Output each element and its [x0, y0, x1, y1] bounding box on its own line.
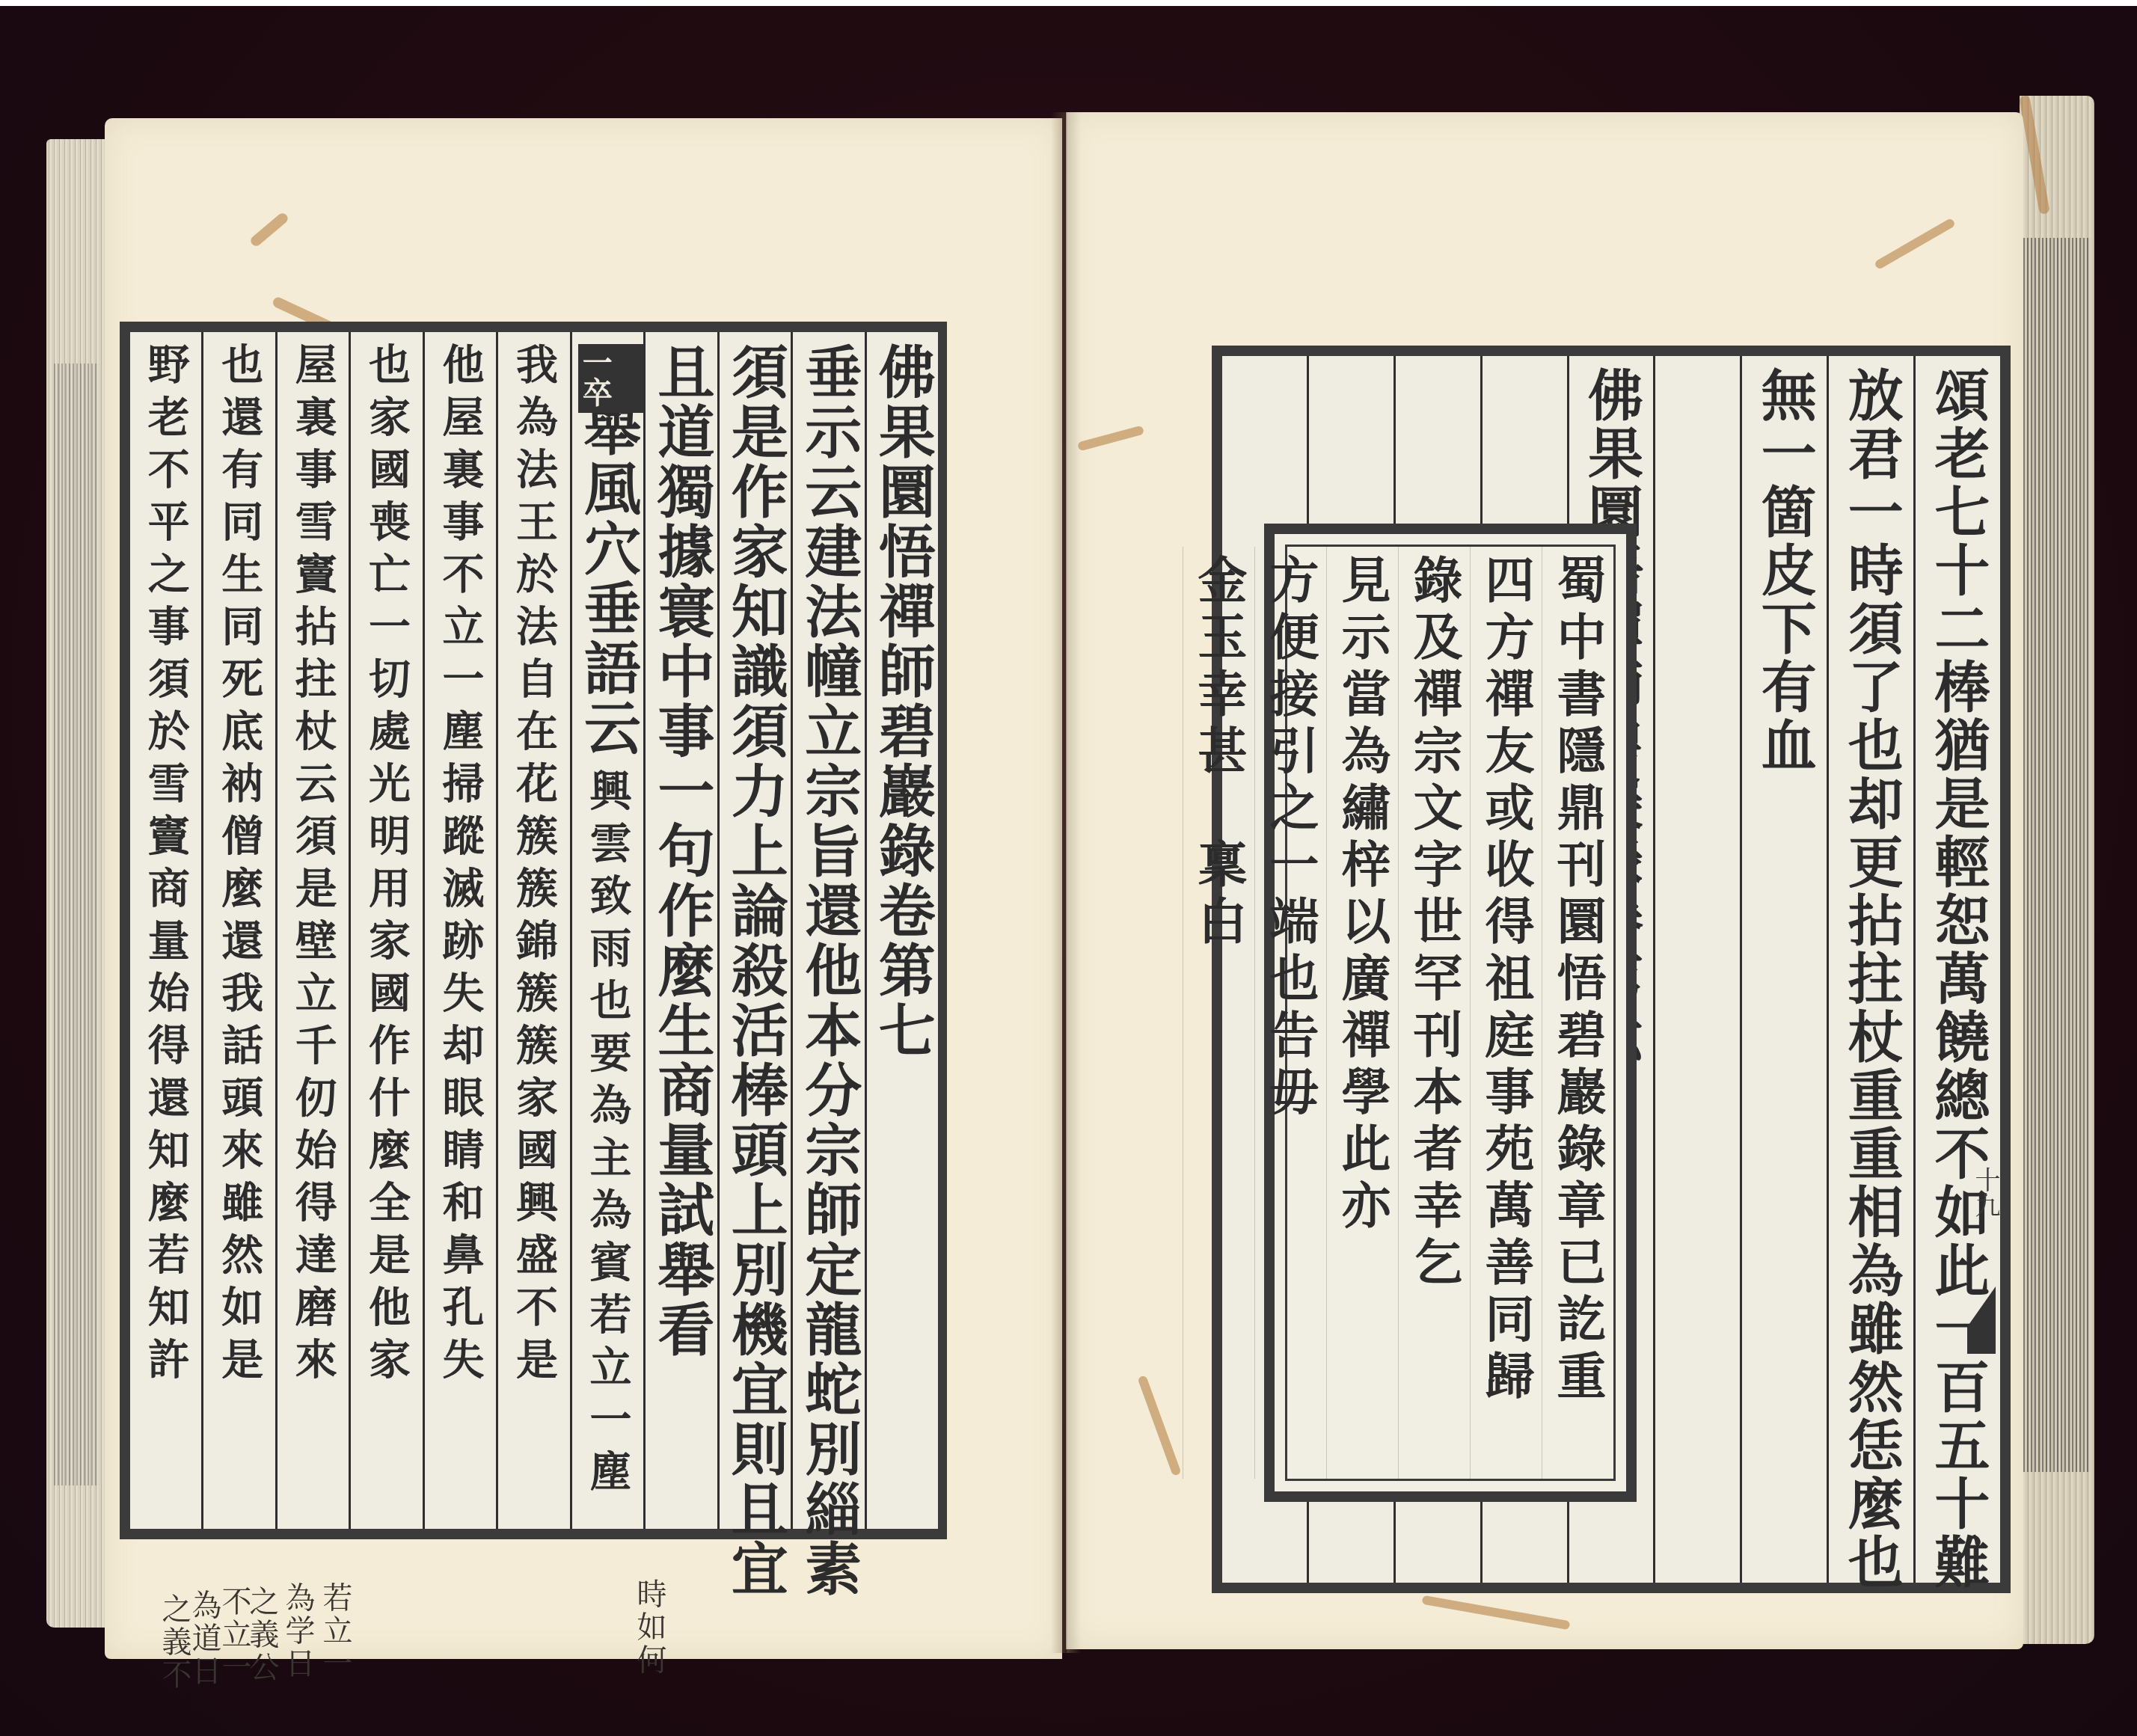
margin-note: 若立一	[314, 1582, 357, 1681]
colophon-column: 金玉幸甚 稟白	[1183, 547, 1254, 1479]
right-page-stack	[2020, 96, 2094, 1644]
verse-line: 頌老七十二棒猶是輕恕萬饒總不如此一百五十難	[1931, 366, 1986, 1592]
right-stack-ink-bleed	[2020, 238, 2091, 1472]
text-line: 他屋裏事不立一塵掃蹤滅跡失却眼睛和鼻孔失	[440, 343, 482, 1390]
left-page-stack	[46, 139, 106, 1628]
right-column: 放君一時須了也却更拈拄杖重重相為雖然恁麼也	[1827, 356, 1913, 1583]
colophon-inner-border: 蜀中書隱鼎刊圜悟碧巖錄章已訖重 四方禪友或收得祖庭事苑萬善同歸 錄及禪宗文字世罕…	[1285, 545, 1616, 1481]
colophon-box: 蜀中書隱鼎刊圜悟碧巖錄章已訖重 四方禪友或收得祖庭事苑萬善同歸 錄及禪宗文字世罕…	[1264, 524, 1637, 1502]
left-printed-frame: 佛果圜悟禪師碧巖錄卷第七 垂示云建法幢立宗旨還他本分宗師定龍蛇別緇素 須是作家知…	[120, 322, 947, 1539]
chapter-title: 佛果圜悟禪師碧巖錄卷第七	[874, 343, 930, 1061]
colophon-column: 蜀中書隱鼎刊圜悟碧巖錄章已訖重	[1542, 547, 1613, 1479]
verse-line: 放君一時須了也却更拈拄杖重重相為雖然恁麼也	[1844, 366, 1899, 1592]
left-columns: 佛果圜悟禪師碧巖錄卷第七 垂示云建法幢立宗旨還他本分宗師定龍蛇別緇素 須是作家知…	[130, 332, 938, 1529]
text-line: 我為法王於法自在花簇簇錦簇簇家國興盛	[513, 343, 555, 1285]
left-column: 須是作家知識須力上論殺活棒頭上別機宜則且宜	[717, 332, 791, 1529]
left-column: 屋裏事雪竇拈拄杖云須是壁立千仞始得達磨來	[275, 332, 349, 1529]
colophon-line: 見示當為繡梓以廣禪學此亦	[1327, 554, 1398, 1479]
case-number-badge: 一卒	[578, 344, 643, 413]
right-column: 無一箇皮下有血	[1740, 356, 1827, 1583]
left-column: 也家國喪亡一切處光明用家國作什麼全是他家	[349, 332, 422, 1529]
left-column: 且道獨據寰中事一句作麼生商量試舉看	[643, 332, 717, 1529]
colophon-column: 四方禪友或收得祖庭事苑萬善同歸	[1470, 547, 1542, 1479]
folio-number: 十九	[1967, 1167, 2004, 1218]
left-column: 野老不平之事須於雪竇商量始得還知麼若知許	[130, 332, 201, 1529]
margin-note: 之義不	[153, 1593, 196, 1692]
colophon-line: 四方禪友或收得祖庭事苑萬善同歸	[1471, 554, 1542, 1479]
colophon-line: 金玉幸甚 稟白	[1183, 554, 1254, 1479]
case-annotation: 興雲致雨也要為主為賓若立一塵	[586, 769, 628, 1502]
margin-note: 時如何	[628, 1578, 671, 1677]
left-column: 他屋裏事不立一塵掃蹤滅跡失却眼睛和鼻孔失	[423, 332, 496, 1529]
colophon-line: 錄及禪宗文字世罕刊本者幸乞	[1399, 554, 1470, 1479]
left-stack-ink-bleed	[54, 364, 99, 1485]
left-column: 垂示云建法幢立宗旨還他本分宗師定龍蛇別緇素	[791, 332, 864, 1529]
text-line: 也還有同生同死底衲僧麼還我話頭來雖然如是	[218, 343, 260, 1390]
colophon-column: 見示當為繡梓以廣禪學此亦	[1326, 547, 1398, 1479]
right-column: 頌老七十二棒猶是輕恕萬饒總不如此一百五十難	[1913, 356, 2000, 1583]
colophon-column: 錄及禪宗文字世罕刊本者幸乞	[1398, 547, 1470, 1479]
text-line: 野老不平之事須於雪竇商量始得還知麼若知許	[145, 343, 187, 1390]
annotation: 不是	[513, 1285, 555, 1390]
colophon-column: 方便接引之一端也告毋	[1254, 547, 1326, 1479]
text-line: 垂示云建法幢立宗旨還他本分宗師定龍蛇別緇素	[800, 343, 857, 1599]
text-line: 須是作家知識須力上論殺活棒頭上別機宜則且宜	[726, 343, 783, 1599]
left-column: 我為法王於法自在花簇簇錦簇簇家國興盛不是	[496, 332, 569, 1529]
right-column-blank	[1653, 356, 1740, 1583]
text-line: 且道獨據寰中事一句作麼生商量試舉看	[653, 343, 710, 1360]
colophon-line: 蜀中書隱鼎刊圜悟碧巖錄章已訖重	[1542, 554, 1613, 1479]
book-gutter	[1051, 112, 1081, 1653]
left-column-title: 佛果圜悟禪師碧巖錄卷第七	[865, 332, 938, 1529]
case-heading: 舉風穴垂語云	[579, 399, 636, 758]
left-column-case: 一卒 舉風穴垂語云 興雲致雨也要為主為賓若立一塵	[570, 332, 643, 1529]
colophon-line: 方便接引之一端也告毋	[1255, 554, 1326, 1479]
text-line: 也家國喪亡一切處光明用家國作什麼全是他家	[366, 343, 408, 1390]
verse-line: 無一箇皮下有血	[1757, 366, 1812, 775]
text-line: 屋裏事雪竇拈拄杖云須是壁立千仞始得達磨來	[292, 343, 334, 1390]
left-column: 也還有同生同死底衲僧麼還我話頭來雖然如是	[201, 332, 275, 1529]
